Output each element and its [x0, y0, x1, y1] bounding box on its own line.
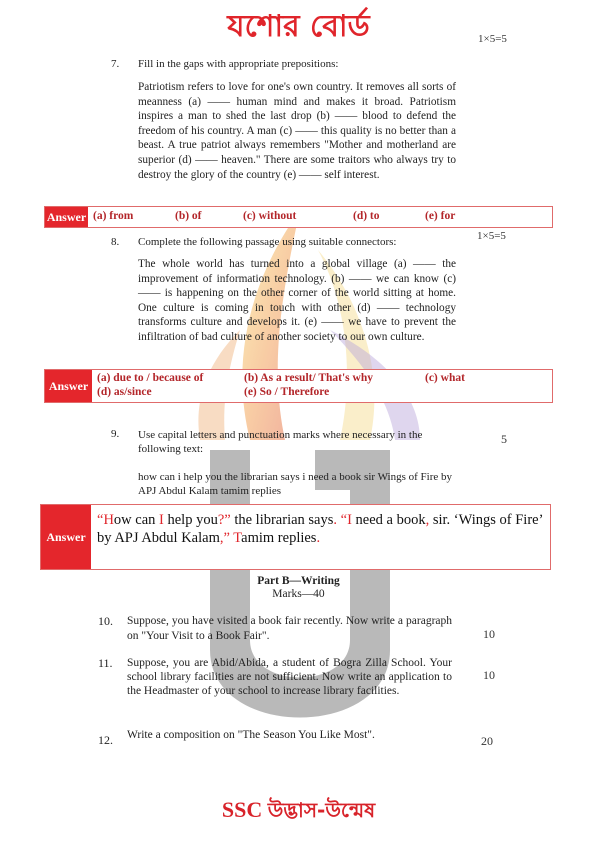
q9-answer-box: Answer “How can I help you?” the librari…	[40, 504, 551, 570]
answer-item: (d) as/since	[97, 386, 152, 398]
footer-prefix: SSC	[222, 797, 262, 822]
q9-answer-text: “How can I help you?” the librarian says…	[91, 505, 550, 569]
board-title: যশোর বোর্ড	[0, 2, 597, 53]
q11-number: 11.	[98, 656, 113, 671]
answer-item: (b) of	[175, 210, 202, 222]
q12-number: 12.	[98, 733, 113, 748]
q7-number: 7.	[111, 58, 119, 70]
answer-item: (c) what	[425, 372, 465, 384]
q7-instruction: Fill in the gaps with appropriate prepos…	[138, 58, 468, 71]
answer-label: Answer	[41, 505, 91, 569]
q12-text: Write a composition on "The Season You L…	[127, 729, 452, 742]
q11-marks: 10	[483, 668, 495, 683]
part-b-title: Part B—Writing	[0, 575, 597, 587]
footer-bn: উদ্ভাস-উন্মেষ	[268, 798, 375, 822]
answer-item: (d) to	[353, 210, 380, 222]
answer-item: (b) As a result/ That's why	[244, 372, 373, 384]
answer-label: Answer	[45, 207, 88, 227]
q10-marks: 10	[483, 627, 495, 642]
answer-item: (a) from	[93, 210, 133, 222]
q9-marks: 5	[501, 432, 507, 447]
answer-item: (e) for	[425, 210, 455, 222]
q11-text: Suppose, you are Abid/Abida, a student o…	[127, 656, 452, 698]
q8-number: 8.	[111, 236, 119, 248]
q7-passage: Patriotism refers to love for one's own …	[138, 80, 456, 182]
q9-text: how can i help you the librarian says i …	[138, 470, 458, 498]
answer-item: (a) due to / because of	[97, 372, 203, 384]
q10-number: 10.	[98, 614, 113, 629]
q8-marks: 1×5=5	[477, 230, 506, 242]
q8-answer-box: Answer (a) due to / because of (b) As a …	[44, 369, 553, 403]
q7-answer-box: Answer (a) from (b) of (c) without (d) t…	[44, 206, 553, 228]
answer-item: (e) So / Therefore	[244, 386, 329, 398]
answer-item: (c) without	[243, 210, 296, 222]
q8-answer-list: (a) due to / because of (b) As a result/…	[92, 370, 552, 402]
q8-instruction: Complete the following passage using sui…	[138, 236, 468, 249]
q10-text: Suppose, you have visited a book fair re…	[127, 614, 452, 644]
q12-marks: 20	[481, 734, 493, 749]
answer-label: Answer	[45, 370, 92, 402]
q8-passage: The whole world has turned into a global…	[138, 257, 456, 345]
part-b-marks: Marks—40	[0, 588, 597, 600]
q7-answer-list: (a) from (b) of (c) without (d) to (e) f…	[88, 207, 552, 227]
footer-brand: SSC উদ্ভাস-উন্মেষ	[0, 796, 597, 829]
q7-marks: 1×5=5	[478, 33, 507, 45]
q9-number: 9.	[111, 428, 119, 440]
q9-instruction: Use capital letters and punctuation mark…	[138, 428, 458, 456]
